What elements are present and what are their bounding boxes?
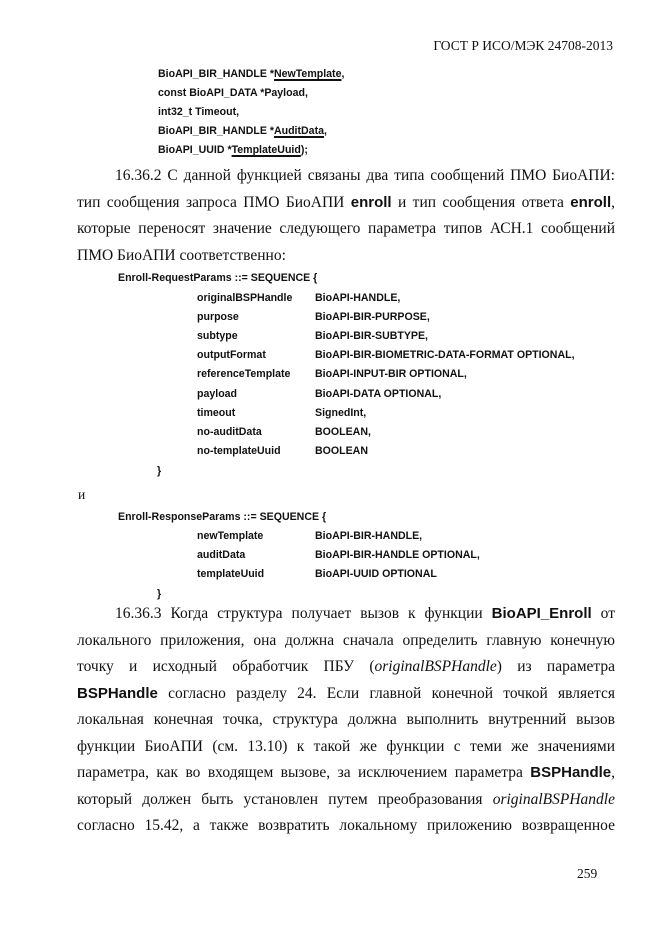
paragraph-line: функции БиоАПИ (см. 13.10) к такой же фу… bbox=[77, 734, 615, 761]
text: , bbox=[611, 764, 615, 781]
code-line: BioAPI_UUID *TemplateUuid); bbox=[158, 144, 308, 156]
keyword: BSPHandle bbox=[77, 685, 158, 702]
field-name: no-templateUuid bbox=[197, 445, 281, 457]
text: тип сообщения запроса ПМО БиоАПИ bbox=[77, 194, 351, 211]
field-name: no-auditData bbox=[197, 426, 262, 438]
code-text: , bbox=[341, 68, 344, 80]
paragraph-line: ПМО БиоАПИ соответственно: bbox=[77, 243, 615, 270]
code-param: AuditData bbox=[274, 125, 324, 137]
code-line: BioAPI_BIR_HANDLE *AuditData, bbox=[158, 125, 327, 137]
paragraph-line: параметра, как во входящем вызове, за ис… bbox=[77, 760, 615, 787]
keyword: BioAPI_Enroll bbox=[492, 605, 592, 622]
text: и тип сообщения ответа bbox=[392, 194, 571, 211]
field-name: timeout bbox=[197, 407, 235, 419]
paragraph-line: согласно 15.42, а также возвратить локал… bbox=[77, 813, 615, 840]
document-header: ГОСТ Р ИСО/МЭК 24708-2013 bbox=[433, 38, 613, 54]
text: параметра, как во входящем вызове, за ис… bbox=[77, 764, 530, 781]
paragraph-line: тип сообщения запроса ПМО БиоАПИ enroll … bbox=[77, 190, 615, 217]
field-name: payload bbox=[197, 388, 237, 400]
paragraph-line: которые переносят значение следующего па… bbox=[77, 216, 615, 243]
code-line: BioAPI_BIR_HANDLE *NewTemplate, bbox=[158, 68, 344, 80]
asn-header: Enroll-ResponseParams ::= SEQUENCE { bbox=[118, 511, 326, 523]
field-name: subtype bbox=[197, 330, 238, 342]
paragraph-16-36-2: 16.36.2 С данной функцией связаны два ти… bbox=[77, 163, 615, 269]
field-type: BioAPI-HANDLE, bbox=[315, 292, 400, 304]
field-type: BioAPI-UUID OPTIONAL bbox=[315, 568, 437, 580]
field-type: BioAPI-BIR-HANDLE, bbox=[315, 530, 422, 542]
field-type: BOOLEAN, bbox=[315, 426, 371, 438]
code-text: BioAPI_BIR_HANDLE * bbox=[158, 125, 274, 137]
field-name: newTemplate bbox=[197, 530, 263, 542]
italic-term: originalBSPHandle bbox=[493, 791, 615, 808]
asn-header: Enroll-RequestParams ::= SEQUENCE { bbox=[118, 272, 317, 284]
field-name: outputFormat bbox=[197, 349, 266, 361]
asn-close-brace: } bbox=[157, 588, 161, 600]
paragraph-line: точку и исходный обработчик ПБУ (origina… bbox=[77, 654, 615, 681]
field-type: BOOLEAN bbox=[315, 445, 368, 457]
text: точку и исходный обработчик ПБУ ( bbox=[77, 658, 375, 675]
field-type: BioAPI-BIR-SUBTYPE, bbox=[315, 330, 428, 342]
paragraph-line: локальная конечная точка, структура долж… bbox=[77, 707, 615, 734]
code-text: , bbox=[324, 125, 327, 137]
text: согласно разделу 24. Если главной конечн… bbox=[158, 685, 615, 702]
keyword: enroll bbox=[351, 194, 392, 211]
code-line: int32_t Timeout, bbox=[158, 106, 239, 118]
paragraph-line: BSPHandle согласно разделу 24. Если глав… bbox=[77, 681, 615, 708]
code-text: BioAPI_UUID * bbox=[158, 144, 232, 156]
field-name: referenceTemplate bbox=[197, 368, 290, 380]
code-line: const BioAPI_DATA *Payload, bbox=[158, 87, 308, 99]
keyword: BSPHandle bbox=[530, 764, 611, 781]
field-name: templateUuid bbox=[197, 568, 264, 580]
page-number: 259 bbox=[577, 866, 597, 882]
asn-close-brace: } bbox=[157, 465, 161, 477]
code-text: ); bbox=[301, 144, 308, 156]
code-text: BioAPI_BIR_HANDLE * bbox=[158, 68, 274, 80]
code-text: int32_t Timeout, bbox=[158, 106, 239, 118]
field-type: SignedInt, bbox=[315, 407, 366, 419]
code-param: TemplateUuid bbox=[232, 144, 301, 156]
paragraph-line: локального приложения, она должна сначал… bbox=[77, 628, 615, 655]
field-type: BioAPI-BIR-PURPOSE, bbox=[315, 311, 430, 323]
paragraph-16-36-3: 16.36.3 Когда структура получает вызов к… bbox=[77, 601, 615, 840]
field-name: originalBSPHandle bbox=[197, 292, 292, 304]
field-type: BioAPI-DATA OPTIONAL, bbox=[315, 388, 441, 400]
keyword: enroll bbox=[570, 194, 611, 211]
paragraph-line: 16.36.3 Когда структура получает вызов к… bbox=[77, 601, 615, 628]
code-text: const BioAPI_DATA *Payload, bbox=[158, 87, 308, 99]
text: , bbox=[611, 194, 615, 211]
text: от bbox=[592, 605, 615, 622]
field-type: BioAPI-INPUT-BIR OPTIONAL, bbox=[315, 368, 467, 380]
field-type: BioAPI-BIR-BIOMETRIC-DATA-FORMAT OPTIONA… bbox=[315, 349, 575, 361]
paragraph-line: 16.36.2 С данной функцией связаны два ти… bbox=[77, 163, 615, 190]
field-type: BioAPI-BIR-HANDLE OPTIONAL, bbox=[315, 549, 480, 561]
code-param: NewTemplate bbox=[274, 68, 342, 80]
conjunction: и bbox=[78, 487, 85, 503]
text: который должен быть установлен путем пре… bbox=[77, 791, 493, 808]
field-name: purpose bbox=[197, 311, 239, 323]
paragraph-line: который должен быть установлен путем пре… bbox=[77, 787, 615, 814]
text: 16.36.3 Когда структура получает вызов к… bbox=[115, 605, 492, 622]
italic-term: originalBSPHandle bbox=[375, 658, 497, 675]
text: ) из параметра bbox=[497, 658, 615, 675]
field-name: auditData bbox=[197, 549, 245, 561]
